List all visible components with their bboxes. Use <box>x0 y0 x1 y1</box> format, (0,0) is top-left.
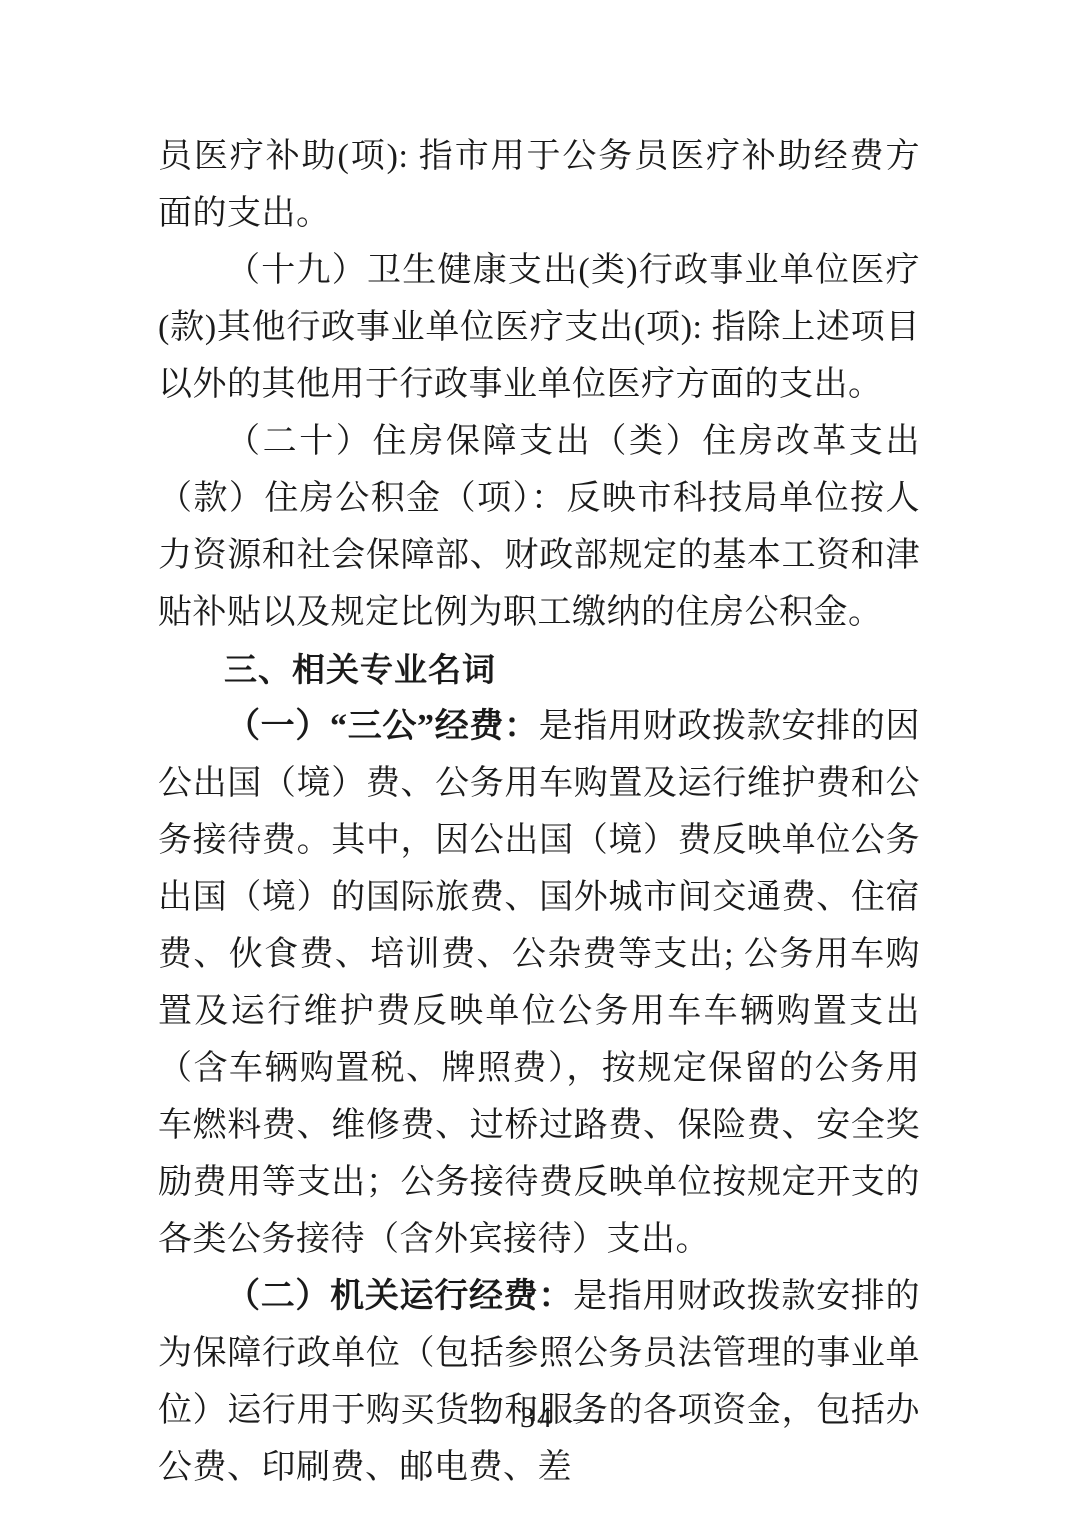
paragraph-term-sangong: （一）“三公”经费：是指用财政拨款安排的因公出国（境）费、公务用车购置及运行维护… <box>158 698 920 1268</box>
term-operating-funds-label: （二）机关运行经费： <box>226 1278 573 1315</box>
paragraph-item-19: （十九）卫生健康支出(类)行政事业单位医疗(款)其他行政事业单位医疗支出(项):… <box>158 242 920 413</box>
section-heading: 三、相关专业名词 <box>158 641 920 698</box>
paragraph-continuation: 员医疗补助(项): 指市用于公务员医疗补助经费方面的支出。 <box>158 128 920 242</box>
page-number: — 34 — <box>0 1398 1074 1438</box>
document-page: 员医疗补助(项): 指市用于公务员医疗补助经费方面的支出。 （十九）卫生健康支出… <box>0 0 1074 1520</box>
term-sangong-body: 是指用财政拨款安排的因公出国（境）费、公务用车购置及运行维护费和公务接待费。其中… <box>158 708 920 1258</box>
term-sangong-label: （一）“三公”经费： <box>226 708 539 745</box>
paragraph-item-20: （二十）住房保障支出（类）住房改革支出（款）住房公积金（项）：反映市科技局单位按… <box>158 413 920 641</box>
paragraph-term-operating-funds: （二）机关运行经费：是指用财政拨款安排的为保障行政单位（包括参照公务员法管理的事… <box>158 1268 920 1496</box>
